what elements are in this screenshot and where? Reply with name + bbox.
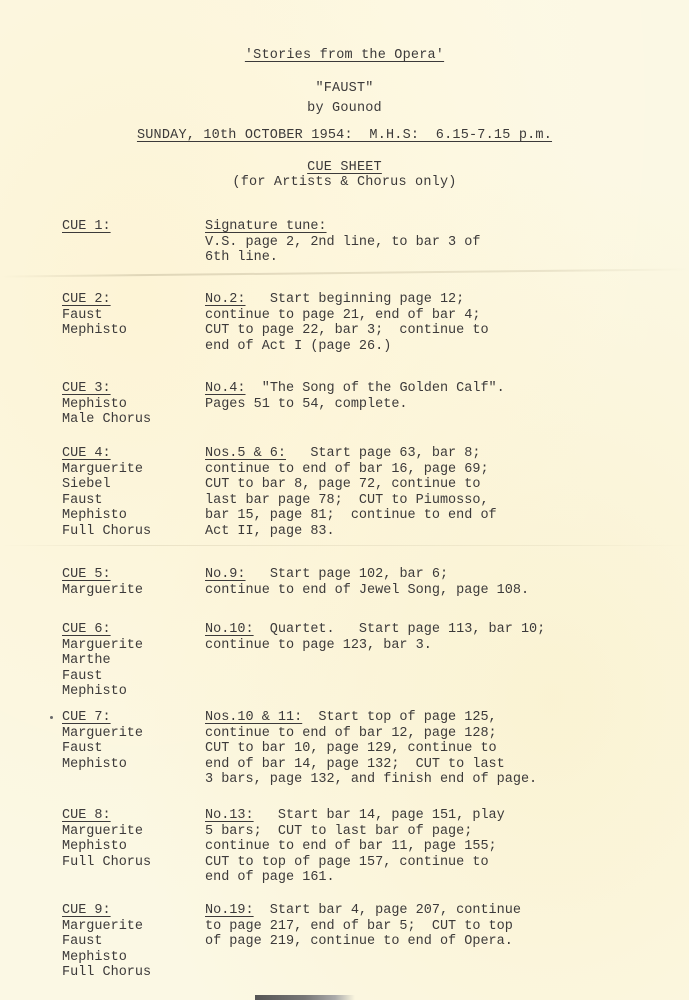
performer-name: Full Chorus [62, 524, 202, 540]
cue-number-heading: Nos.10 & 11: [205, 710, 302, 725]
cue-instruction-line: continue to page 123, bar 3. [205, 638, 625, 654]
cue-label: CUE 6: [62, 622, 111, 637]
cue-instruction-line: bar 15, page 81; continue to end of [205, 508, 625, 524]
cue-instruction-line: CUT to top of page 157, continue to [205, 855, 625, 871]
cue-number-heading: No.9: [205, 567, 246, 582]
cue-instruction-line: of page 219, continue to end of Opera. [205, 934, 625, 950]
performer-name: Marguerite [62, 583, 202, 599]
opera-title: "FAUST" [0, 81, 689, 96]
cue-instruction-line: 5 bars; CUT to last bar of page; [205, 824, 625, 840]
cue-label: CUE 7: [62, 710, 111, 725]
cue-performers: CUE 8:MargueriteMephistoFull Chorus [62, 808, 202, 870]
cue-instruction-text: Start page 102, bar 6; [246, 567, 449, 582]
cue-instruction-line: continue to end of bar 12, page 128; [205, 726, 625, 742]
cue-number-heading: No.2: [205, 292, 246, 307]
cue-performers: CUE 5:Marguerite [62, 567, 202, 598]
cue-sheet-title: CUE SHEET [0, 160, 689, 175]
cue-instructions: Nos.5 & 6: Start page 63, bar 8;continue… [205, 446, 625, 539]
performer-name: Mephisto [62, 323, 202, 339]
cue-instruction-line: Pages 51 to 54, complete. [205, 397, 625, 413]
performer-name: Marguerite [62, 726, 202, 742]
cue-instructions: No.10: Quartet. Start page 113, bar 10;c… [205, 622, 625, 653]
cue-number-heading: No.4: [205, 381, 246, 396]
cue-performers: CUE 3:MephistoMale Chorus [62, 381, 202, 428]
cue-performers: CUE 9:MargueriteFaustMephistoFull Chorus [62, 903, 202, 981]
cue-instruction-line: Act II, page 83. [205, 524, 625, 540]
performer-name: Faust [62, 493, 202, 509]
cue-number-heading: Nos.5 & 6: [205, 446, 286, 461]
cue-instructions: No.9: Start page 102, bar 6;continue to … [205, 567, 625, 598]
cue-instructions: Nos.10 & 11: Start top of page 125,conti… [205, 710, 625, 788]
cue-instruction-line: end of page 161. [205, 870, 625, 886]
performer-name: Mephisto [62, 757, 202, 773]
cue-label: CUE 2: [62, 292, 111, 307]
cue-label: CUE 8: [62, 808, 111, 823]
performer-name: Faust [62, 669, 202, 685]
cue-instruction-line: continue to end of bar 16, page 69; [205, 462, 625, 478]
cue-instruction-line: end of Act I (page 26.) [205, 339, 625, 355]
cue-instruction-text: Start page 63, bar 8; [286, 446, 480, 461]
cue-number-heading: No.19: [205, 903, 254, 918]
cue-performers: CUE 1: [62, 219, 202, 235]
cue-sheet-subtitle: (for Artists & Chorus only) [0, 175, 689, 190]
performer-name: Marthe [62, 653, 202, 669]
cue-instruction-line: last bar page 78; CUT to Piumosso, [205, 493, 625, 509]
performer-name: Mephisto [62, 839, 202, 855]
cue-instruction-line: to page 217, end of bar 5; CUT to top [205, 919, 625, 935]
series-title: 'Stories from the Opera' [0, 48, 689, 63]
cue-instruction-line: continue to page 21, end of bar 4; [205, 308, 625, 324]
cue-label: CUE 4: [62, 446, 111, 461]
performer-name: Mephisto [62, 397, 202, 413]
cue-instruction-line: 3 bars, page 132, and finish end of page… [205, 772, 625, 788]
performer-name: Marguerite [62, 919, 202, 935]
cue-sheet-title-text: CUE SHEET [307, 160, 382, 175]
cue-label: CUE 1: [62, 219, 111, 234]
cue-label: CUE 5: [62, 567, 111, 582]
performer-name: Mephisto [62, 950, 202, 966]
performer-name: Mephisto [62, 684, 202, 700]
performer-name: Marguerite [62, 638, 202, 654]
cue-instruction-line: CUT to page 22, bar 3; continue to [205, 323, 625, 339]
cue-performers: CUE 2:FaustMephisto [62, 292, 202, 339]
cue-performers: CUE 7:MargueriteFaustMephisto [62, 710, 202, 772]
cue-instruction-text: Start bar 14, page 151, play [254, 808, 505, 823]
cue-instruction-line: end of bar 14, page 132; CUT to last [205, 757, 625, 773]
cue-instructions: Signature tune:V.S. page 2, 2nd line, to… [205, 219, 625, 266]
broadcast-text: SUNDAY, 10th OCTOBER 1954: M.H.S: 6.15-7… [137, 128, 552, 143]
performer-name: Faust [62, 308, 202, 324]
cue-instructions: No.2: Start beginning page 12;continue t… [205, 292, 625, 354]
cue-instruction-text: Quartet. Start page 113, bar 10; [254, 622, 546, 637]
cue-instruction-line: CUT to bar 8, page 72, continue to [205, 477, 625, 493]
cue-instructions: No.19: Start bar 4, page 207, continueto… [205, 903, 625, 950]
cue-instruction-text: Start top of page 125, [302, 710, 496, 725]
cue-instruction-line: continue to end of bar 11, page 155; [205, 839, 625, 855]
performer-name: Mephisto [62, 508, 202, 524]
performer-name: Full Chorus [62, 965, 202, 981]
performer-name: Marguerite [62, 462, 202, 478]
performer-name: Male Chorus [62, 412, 202, 428]
cue-performers: CUE 4:MargueriteSiebelFaustMephistoFull … [62, 446, 202, 539]
cue-instruction-line: continue to end of Jewel Song, page 108. [205, 583, 625, 599]
stray-ink-mark [50, 716, 53, 719]
cue-number-heading: No.13: [205, 808, 254, 823]
cue-instruction-line: 6th line. [205, 250, 625, 266]
cue-label: CUE 3: [62, 381, 111, 396]
cue-instruction-text: Start bar 4, page 207, continue [254, 903, 521, 918]
cue-instructions: No.4: "The Song of the Golden Calf".Page… [205, 381, 625, 412]
series-title-text: 'Stories from the Opera' [245, 48, 444, 63]
broadcast-line: SUNDAY, 10th OCTOBER 1954: M.H.S: 6.15-7… [0, 128, 689, 143]
performer-name: Faust [62, 741, 202, 757]
performer-name: Marguerite [62, 824, 202, 840]
performer-name: Faust [62, 934, 202, 950]
cue-performers: CUE 6:MargueriteMartheFaustMephisto [62, 622, 202, 700]
scan-artifact [255, 995, 355, 1000]
cue-number-heading: Signature tune: [205, 219, 327, 234]
cue-label: CUE 9: [62, 903, 111, 918]
cue-instruction-text: Start beginning page 12; [246, 292, 465, 307]
cue-instruction-line: V.S. page 2, 2nd line, to bar 3 of [205, 235, 625, 251]
paper-fold-line [0, 545, 689, 546]
cue-number-heading: No.10: [205, 622, 254, 637]
composer: by Gounod [0, 101, 689, 116]
cue-instruction-line: CUT to bar 10, page 129, continue to [205, 741, 625, 757]
performer-name: Full Chorus [62, 855, 202, 871]
cue-instructions: No.13: Start bar 14, page 151, play5 bar… [205, 808, 625, 886]
performer-name: Siebel [62, 477, 202, 493]
cue-instruction-text: "The Song of the Golden Calf". [246, 381, 505, 396]
